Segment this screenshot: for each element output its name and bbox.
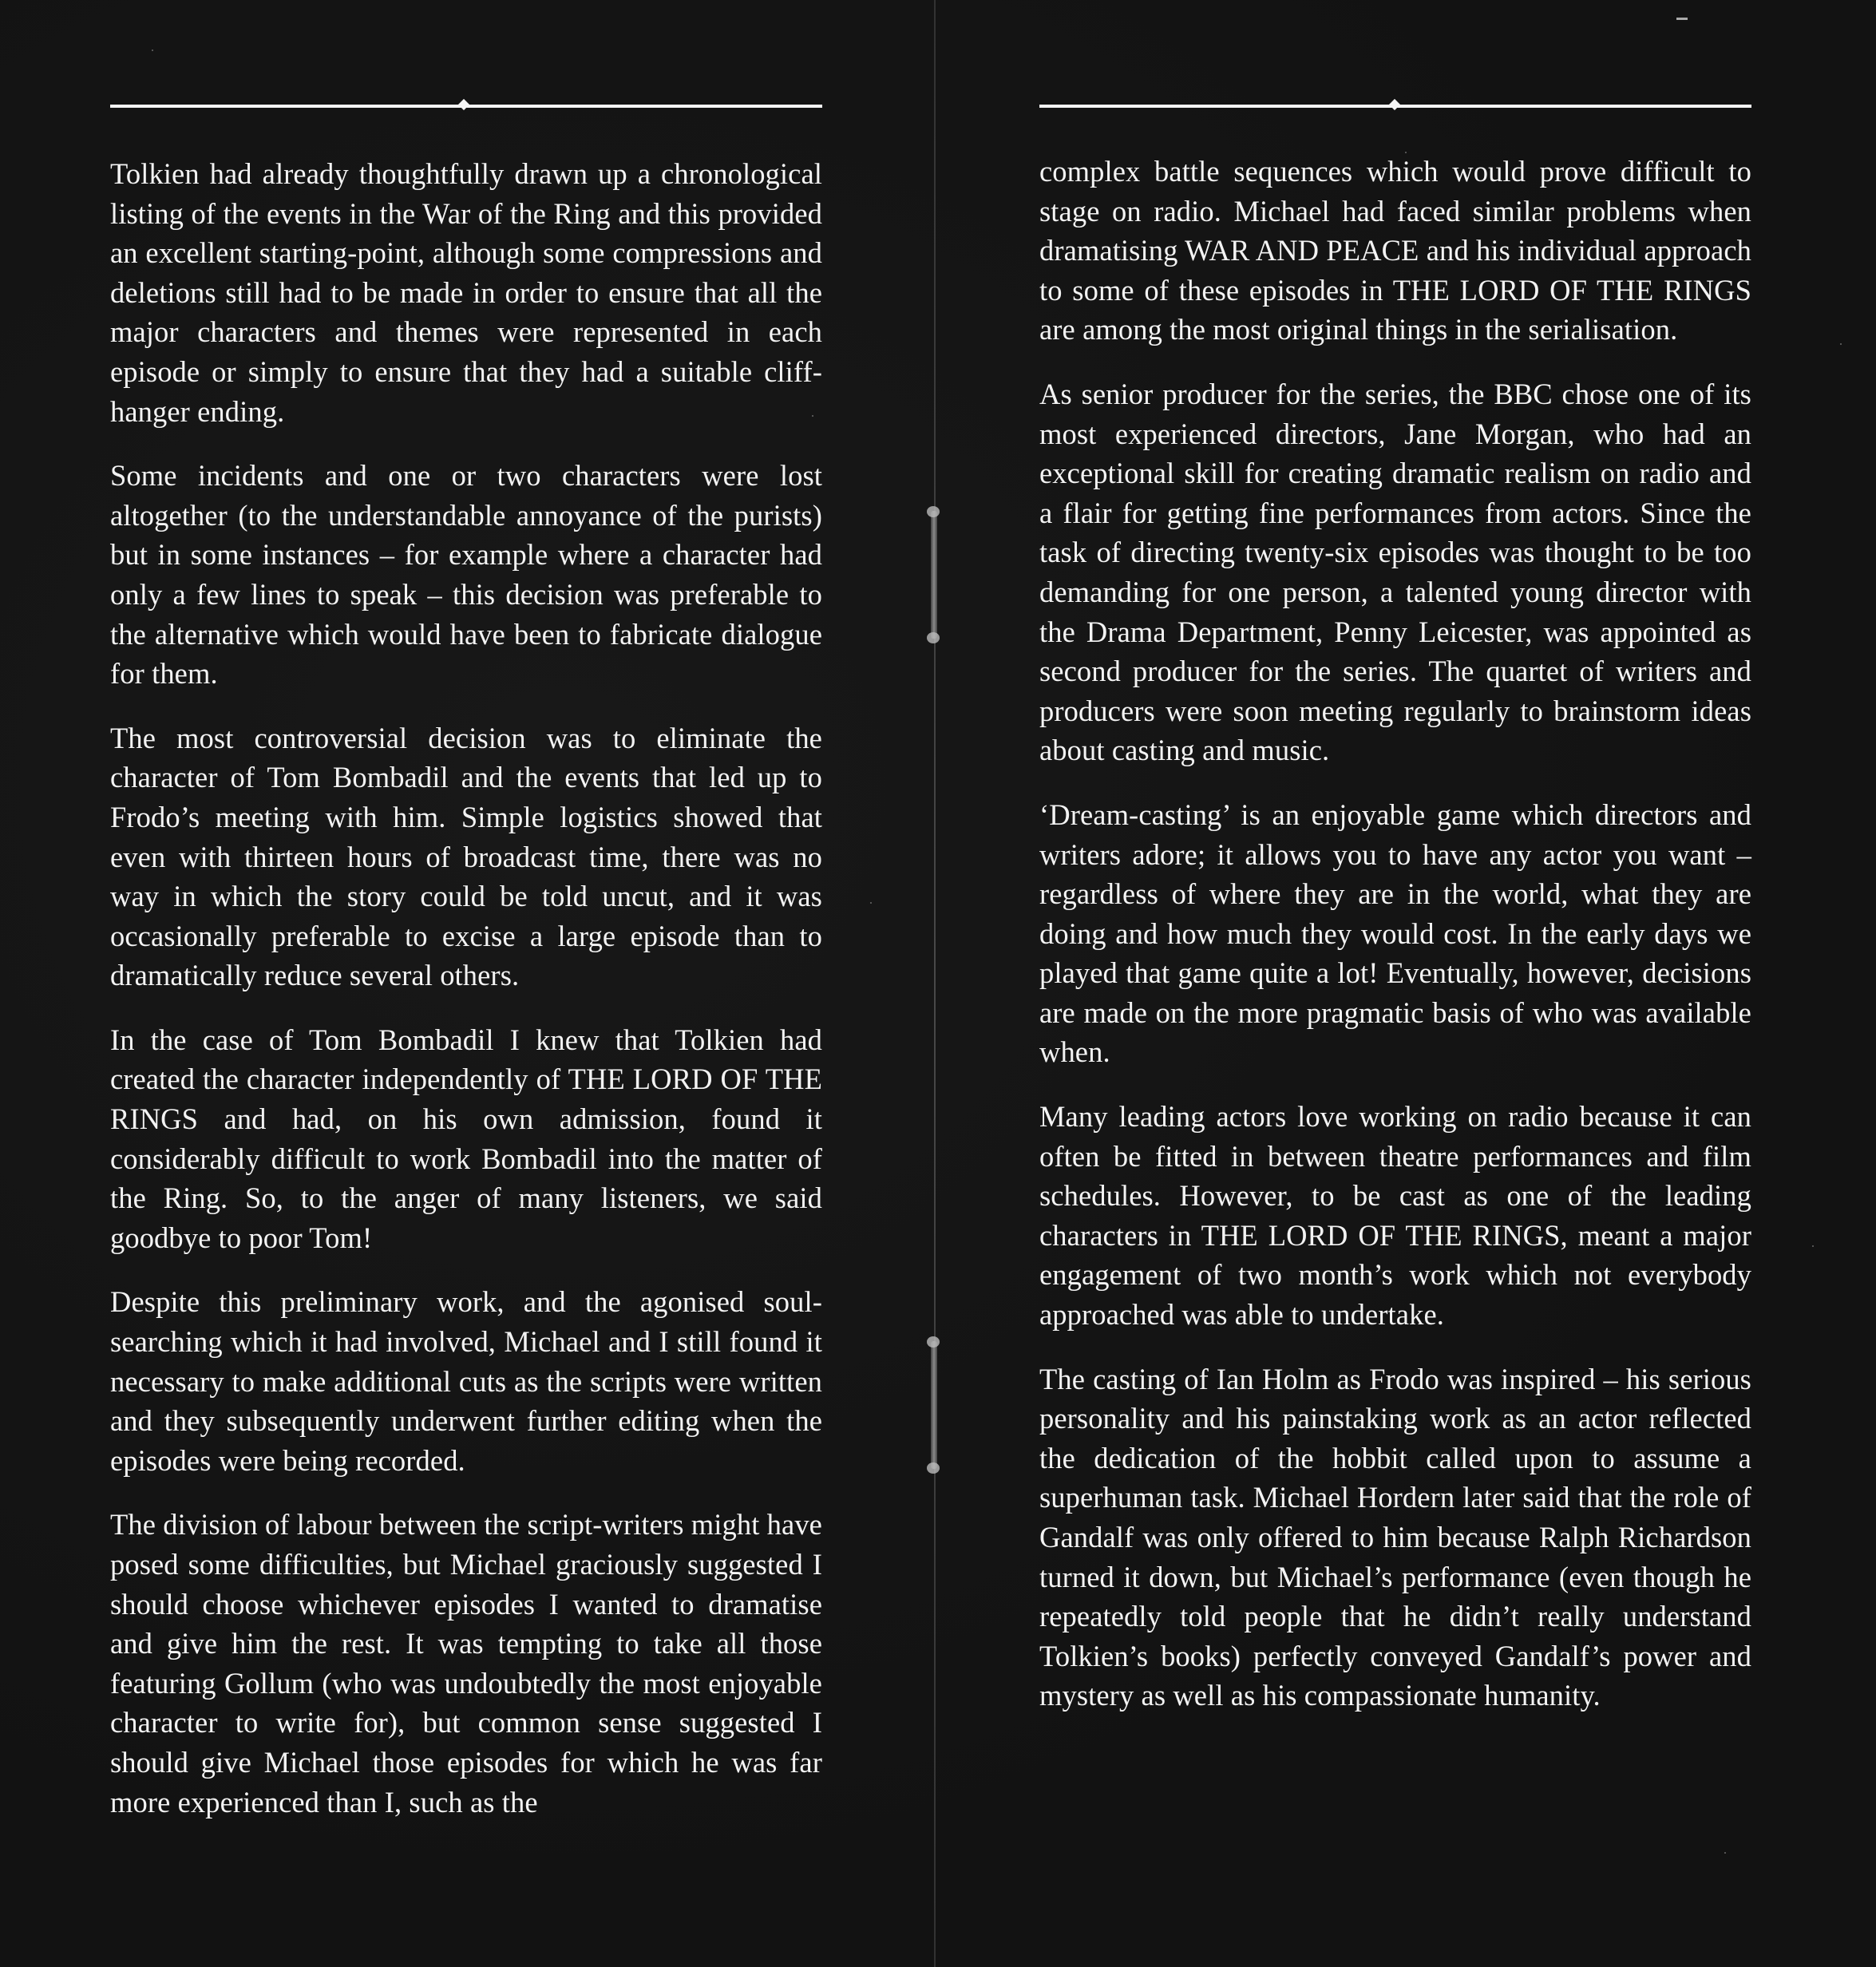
scan-speck bbox=[1405, 152, 1407, 153]
paragraph: Despite this preliminary work, and the a… bbox=[110, 1282, 822, 1480]
paragraph: ‘Dream-casting’ is an enjoyable game whi… bbox=[1039, 795, 1751, 1072]
paragraph: Some incidents and one or two characters… bbox=[110, 456, 822, 694]
center-fold bbox=[934, 0, 936, 1967]
scan-speck bbox=[152, 49, 153, 51]
staple-icon bbox=[931, 511, 937, 639]
paragraph: Tolkien had already thoughtfully drawn u… bbox=[110, 154, 822, 431]
ornamental-rule bbox=[1039, 105, 1751, 108]
scan-speck bbox=[1724, 1852, 1726, 1854]
paragraph: The division of labour between the scrip… bbox=[110, 1505, 822, 1822]
diamond-ornament-icon bbox=[458, 99, 469, 110]
paragraph: complex battle sequences which would pro… bbox=[1039, 152, 1751, 350]
diamond-ornament-icon bbox=[1389, 99, 1400, 110]
scan-speck bbox=[812, 415, 813, 417]
staple-icon bbox=[931, 1341, 937, 1469]
paragraph: The casting of Ian Holm as Frodo was ins… bbox=[1039, 1359, 1751, 1716]
ornamental-rule bbox=[110, 105, 822, 108]
paragraph: The most controversial decision was to e… bbox=[110, 718, 822, 995]
right-page-body: complex battle sequences which would pro… bbox=[1039, 152, 1751, 1740]
paragraph: Many leading actors love working on radi… bbox=[1039, 1097, 1751, 1335]
booklet-spread: Tolkien had already thoughtfully drawn u… bbox=[0, 0, 1876, 1967]
scan-speck bbox=[1840, 343, 1842, 345]
left-page-body: Tolkien had already thoughtfully drawn u… bbox=[110, 154, 822, 1846]
scan-speck bbox=[1676, 18, 1688, 20]
scan-speck bbox=[1812, 1245, 1814, 1247]
paragraph: In the case of Tom Bombadil I knew that … bbox=[110, 1020, 822, 1258]
scan-speck bbox=[870, 902, 872, 904]
paragraph: As senior producer for the series, the B… bbox=[1039, 374, 1751, 770]
